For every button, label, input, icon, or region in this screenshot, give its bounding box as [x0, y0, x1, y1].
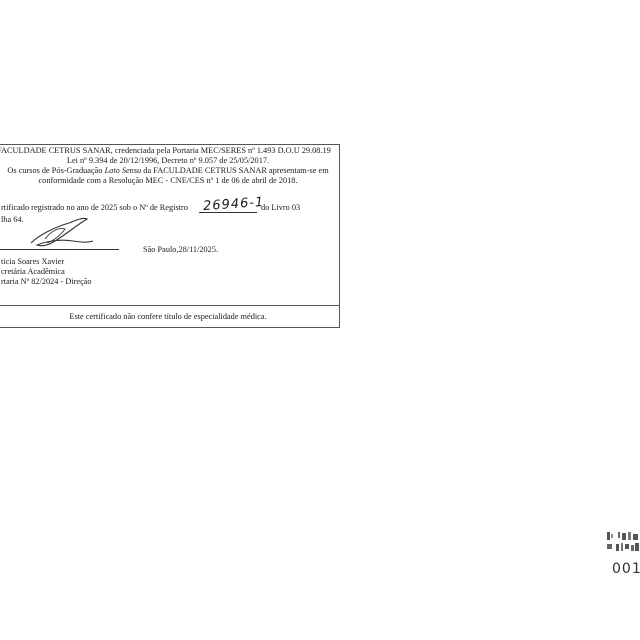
disclaimer: Este certificado não confere título de e… [0, 312, 339, 322]
registration-page: lha 64. [1, 215, 24, 225]
registration-text: rtificado registrado no ano de 2025 sob … [1, 203, 188, 213]
accreditation-line: FACULDADE CETRUS SANAR, credenciada pela… [0, 146, 331, 156]
registration-book: do Livro 03 [261, 203, 300, 213]
law-line: Lei nº 9.394 de 20/12/1996, Decreto nº 9… [0, 156, 339, 166]
lato-sensu: Lato Sensu [105, 166, 142, 175]
signature-icon [25, 217, 105, 251]
signatory-name: ticia Soares Xavier [1, 257, 64, 267]
conformity-line-1: Os cursos de Pós-Graduação Lato Sensu da… [0, 166, 339, 176]
conformity-prefix: Os cursos de Pós-Graduação [7, 166, 104, 175]
registration-underline [199, 212, 257, 213]
disclaimer-divider [0, 305, 339, 306]
signature-line [0, 249, 119, 250]
place-date: São Paulo,28/11/2025. [143, 245, 218, 255]
page-number: 001 [612, 561, 640, 577]
conformity-line-2: conformidade com a Resolução MEC - CNE/C… [0, 176, 339, 186]
signatory-ordinance: rtaria Nº 82/2024 - Direção [1, 277, 92, 287]
certificate-box: FACULDADE CETRUS SANAR, credenciada pela… [0, 144, 340, 328]
signatory-title: cretária Acadêmica [1, 267, 65, 277]
barcode-stamp-icon [606, 530, 640, 558]
conformity-suffix: da FACULDADE CETRUS SANAR apresentam-se … [141, 166, 328, 175]
